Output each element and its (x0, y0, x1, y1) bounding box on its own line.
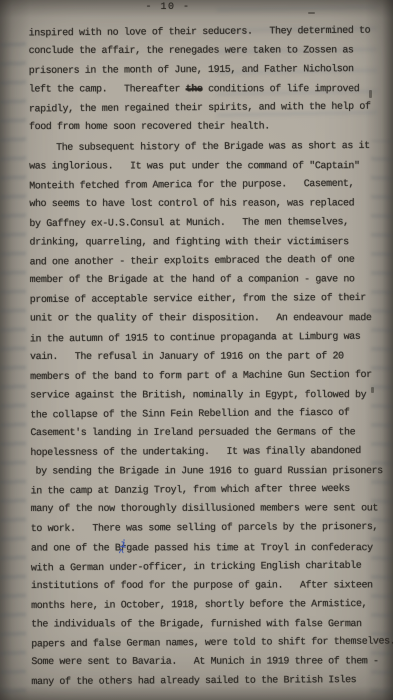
text-line: many of the now thoroughly disillusioned… (31, 500, 386, 520)
document-text: inspired with no love of their seducers.… (0, 22, 393, 692)
text-line: member of the Brigade at the hand of a c… (30, 271, 385, 291)
text-segment: to work. There was some selling of parce… (31, 522, 378, 535)
text-line: and one another - their exploits embrace… (30, 251, 385, 273)
text-segment: food from home soon recovered their heal… (29, 122, 270, 133)
text-segment: inspired with no love of their seducers.… (29, 26, 371, 40)
text-line: Monteith fetched from America for the pu… (29, 174, 384, 196)
text-segment: unit or the quality of their disposition… (30, 313, 372, 324)
text-segment: by sending the Brigade in June 1916 to g… (35, 466, 382, 477)
text-line: inspired with no love of their seducers.… (29, 21, 384, 43)
text-line: with a German under-officer, in tricking… (31, 556, 386, 578)
text-line: the individuals of the Brigade, furnishe… (31, 615, 386, 635)
text-segment: Monteith fetched from America for the pu… (29, 178, 354, 192)
text-segment: in the autumn of 1915 to continue propag… (30, 331, 361, 345)
text-line: unit or the quality of their disposition… (30, 309, 385, 329)
text-line: hopelessness of the undertaking. It was … (30, 442, 385, 463)
text-segment: service against the British, nominally i… (30, 390, 366, 401)
text-line: service against the British, nominally i… (30, 386, 385, 406)
text-line: months here, in October, 1918, shortly b… (31, 595, 386, 616)
text-segment: rapidly, the men regained their spirits,… (29, 102, 371, 116)
text-segment: members of the band to form part of a Ma… (30, 370, 372, 383)
text-line: left the camp. Thereafter the conditions… (29, 80, 384, 100)
page-number: - 10 - (0, 2, 336, 13)
text-line: The subsequent history of the Brigade wa… (29, 136, 384, 157)
text-line: was inglorious. It was put under the com… (29, 157, 384, 177)
text-segment: the individuals of the Brigade, furnishe… (31, 619, 361, 630)
text-line: Casement's landing in Ireland persuaded … (30, 423, 385, 443)
text-line: promise of acceptable service either, fr… (30, 289, 385, 310)
scanned-document: { "page": { "number_label": "- 10 -" }, … (0, 0, 393, 700)
text-line: conclude the affair, the renegades were … (29, 41, 384, 61)
text-line: papers and false German names, were told… (31, 632, 386, 654)
text-segment: prisoners in the month of June, 1915, an… (29, 64, 354, 77)
text-segment: conditions of life improved (202, 84, 359, 95)
text-segment: drinking, quarreling, and fighting with … (29, 237, 348, 248)
text-segment: member of the Brigade at the hand of a c… (30, 275, 355, 287)
text-segment: and one another - their exploits embrace… (30, 255, 355, 269)
struck-word: the (186, 85, 203, 96)
text-segment: the collapse of the Sinn Fein Rebellion … (30, 408, 349, 422)
text-line: by sending the Brigade in June 1916 to g… (30, 462, 385, 482)
text-segment: who seems to have lost control of his re… (29, 198, 354, 210)
text-segment: vain. The refusal in January of 1916 on … (30, 351, 344, 363)
text-segment: in the camp at Danzig Troyl, from which … (31, 484, 350, 498)
text-segment: rgade passed his time at Troyl in confed… (121, 543, 373, 554)
text-segment: conclude the affair, the renegades were … (29, 45, 354, 57)
text-segment: papers and false German names, were told… (31, 636, 393, 650)
text-line: vain. The refusal in January of 1916 on … (30, 347, 385, 367)
text-line: members of the band to form part of a Ma… (30, 366, 385, 387)
text-segment: hopelessness of the undertaking. It was … (30, 446, 361, 459)
text-line: Some were sent to Bavaria. At Munich in … (31, 652, 386, 672)
text-line: food from home soon recovered their heal… (29, 118, 384, 138)
text-line: to work. There was some selling of parce… (31, 518, 386, 539)
text-line: in the autumn of 1915 to continue propag… (30, 327, 385, 349)
text-segment: with a German under-officer, in tricking… (31, 560, 362, 574)
text-segment: institutions of food for the purpose of … (31, 580, 373, 592)
text-segment: months here, in October, 1918, shortly b… (31, 599, 367, 612)
text-segment: Some were sent to Bavaria. At Munich in … (31, 656, 378, 668)
text-line: many of the others had already sailed to… (31, 671, 386, 692)
text-segment: many of the others had already sailed to… (31, 675, 356, 688)
text-line: by Gaffney ex-U.S.Consul at Munich. The … (29, 213, 384, 234)
text-segment: and one of the B (31, 543, 121, 554)
text-segment: was inglorious. It was put under the com… (29, 161, 359, 172)
text-segment: promise of acceptable service either, fr… (30, 293, 366, 306)
text-segment: left the camp. Thereafter (29, 85, 186, 96)
text-line: who seems to have lost control of his re… (29, 194, 384, 214)
text-line: prisoners in the month of June, 1915, an… (29, 60, 384, 81)
text-line: the collapse of the Sinn Fein Rebellion … (30, 403, 385, 425)
text-line: and one of the Bi^rgade passed his time … (31, 539, 386, 559)
text-segment: Casement's landing in Ireland persuaded … (30, 427, 355, 439)
text-segment: The subsequent history of the Brigade wa… (56, 141, 370, 154)
text-line: institutions of food for the purpose of … (31, 576, 386, 596)
text-segment: by Gaffney ex-U.S.Consul at Munich. The … (29, 217, 348, 230)
text-line: drinking, quarreling, and fighting with … (29, 233, 384, 253)
text-segment: many of the now thoroughly disillusioned… (31, 504, 378, 516)
